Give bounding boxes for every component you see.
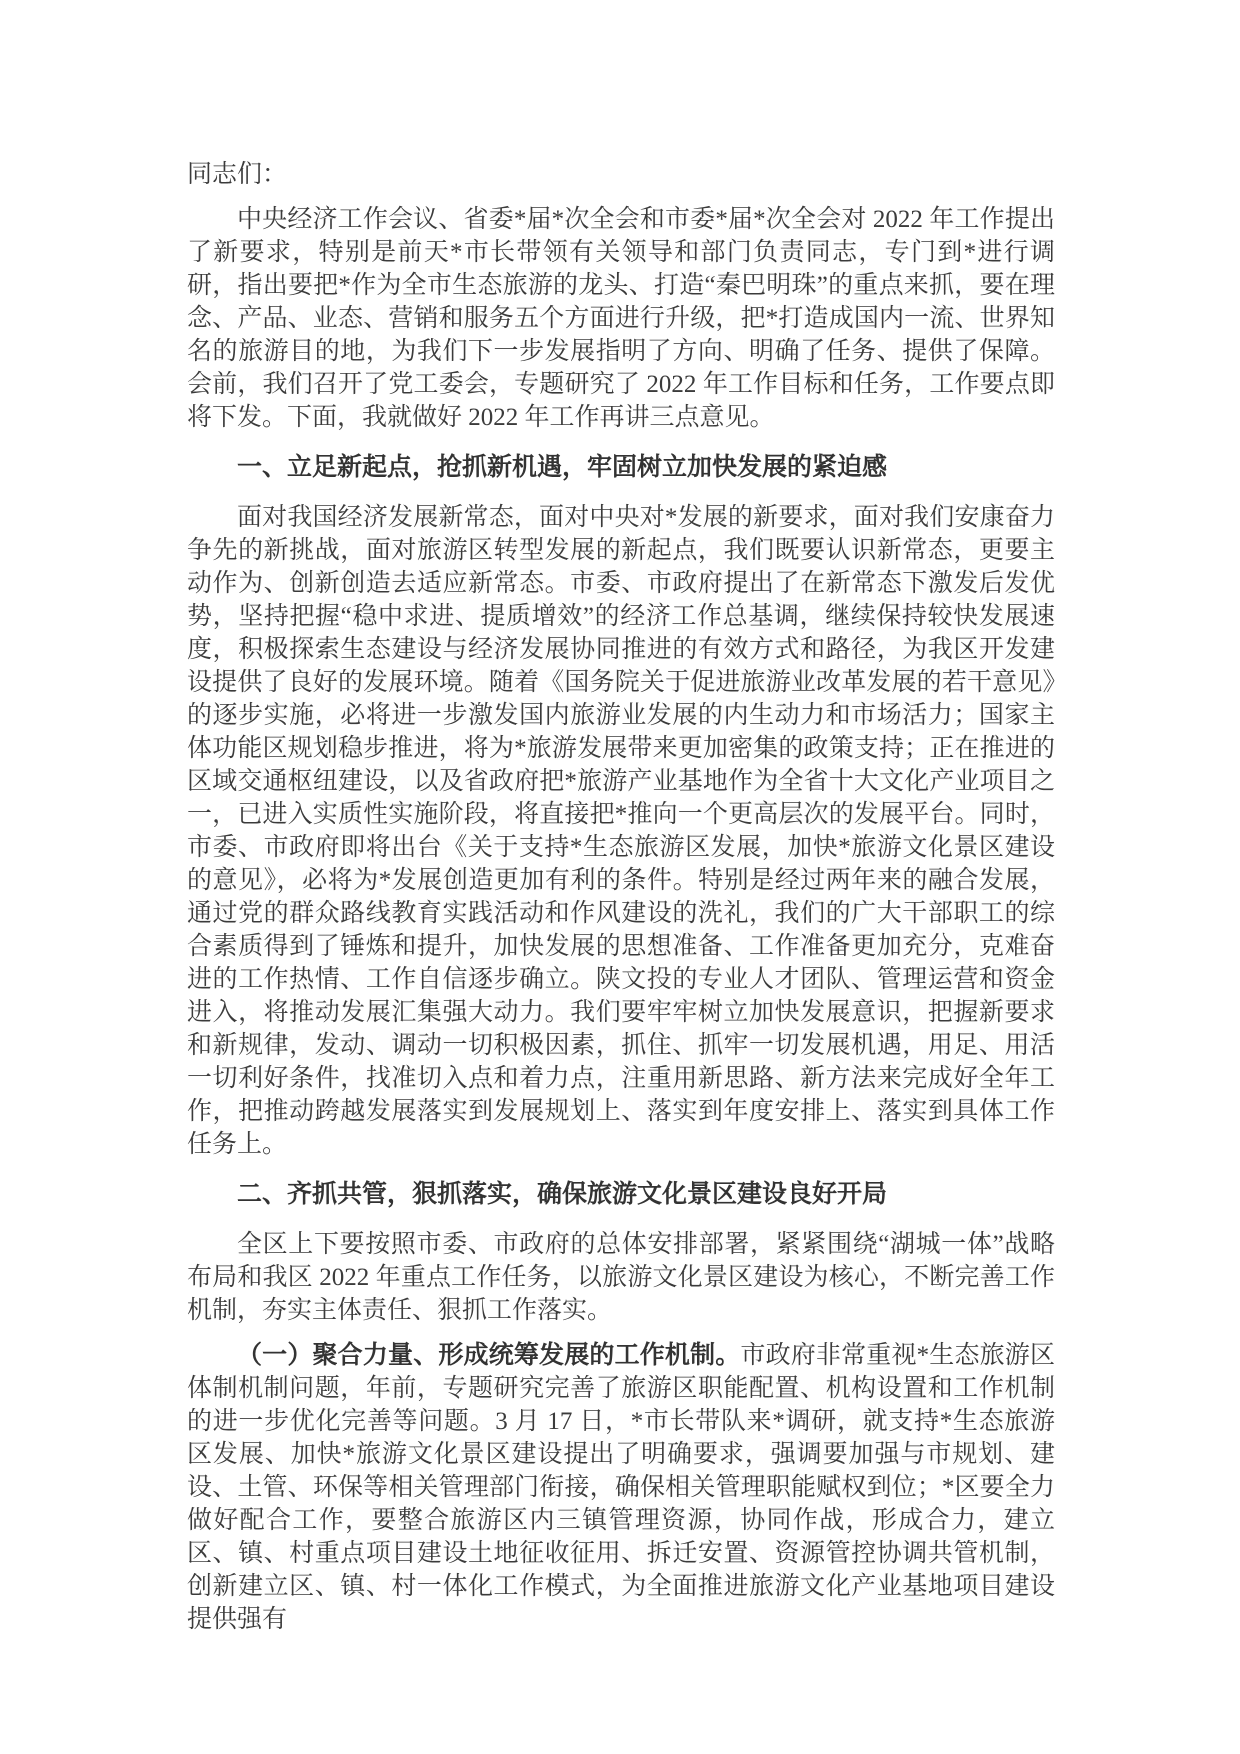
section-2-heading: 二、齐抓共管，狠抓落实，确保旅游文化景区建设良好开局 xyxy=(187,1178,1055,1211)
section-1-body: 面对我国经济发展新常态，面对中央对*发展的新要求，面对我们安康奋力争先的新挑战，… xyxy=(187,501,1055,1161)
document-content: 同志们： 中央经济工作会议、省委*届*次全会和市委*届*次全会对 2022 年工… xyxy=(187,158,1055,1648)
salutation: 同志们： xyxy=(187,158,1055,191)
subsection-2-1-text: 市政府非常重视*生态旅游区体制机制问题，年前，专题研究完善了旅游区职能配置、机构… xyxy=(187,1342,1055,1633)
intro-paragraph: 中央经济工作会议、省委*届*次全会和市委*届*次全会对 2022 年工作提出了新… xyxy=(187,203,1055,434)
section-2-body: 全区上下要按照市委、市政府的总体安排部署，紧紧围绕“湖城一体”战略布局和我区 2… xyxy=(187,1228,1055,1327)
subsection-2-1-lead: （一）聚合力量、形成统筹发展的工作机制。 xyxy=(237,1342,740,1369)
document-page: 同志们： 中央经济工作会议、省委*届*次全会和市委*届*次全会对 2022 年工… xyxy=(0,0,1240,1754)
subsection-2-1-paragraph: （一）聚合力量、形成统筹发展的工作机制。市政府非常重视*生态旅游区体制机制问题，… xyxy=(187,1339,1055,1636)
section-1-heading: 一、立足新起点，抢抓新机遇，牢固树立加快发展的紧迫感 xyxy=(187,451,1055,484)
